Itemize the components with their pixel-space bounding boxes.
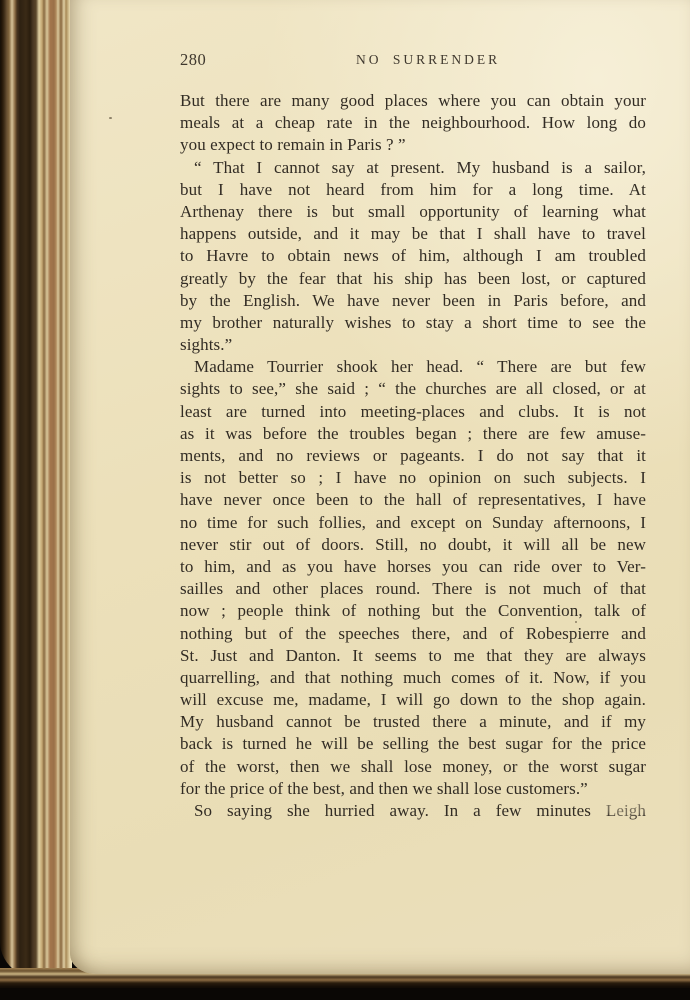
book-page: 280 NO SURRENDER But there are many good… <box>70 0 690 974</box>
text-line: “ That I cannot say at present. My husba… <box>180 157 646 179</box>
text-line: meals at a cheap rate in the neighbourho… <box>180 112 646 134</box>
text-line: But there are many good places where you… <box>180 90 646 112</box>
text-line: never stir out of doors. Still, no doubt… <box>180 534 646 556</box>
text-line: Madame Tourrier shook her head. “ There … <box>180 356 646 378</box>
text-line: you expect to remain in Paris ? ” <box>180 134 646 156</box>
text-line: as it was before the troubles began ; th… <box>180 423 646 445</box>
text-line: So saying she hurried away. In a few min… <box>180 800 646 822</box>
text-line: have never once been to the hall of repr… <box>180 489 646 511</box>
page-number: 280 <box>180 50 206 70</box>
running-title: NO SURRENDER <box>356 52 500 68</box>
text-line: My husband cannot be trusted there a min… <box>180 711 646 733</box>
text-line: back is turned he will be selling the be… <box>180 733 646 755</box>
text-line: sailles and other places round. There is… <box>180 578 646 600</box>
text-line: of the worst, then we shall lose money, … <box>180 756 646 778</box>
text-line: sights.” <box>180 334 646 356</box>
text-line: greatly by the fear that his ship has be… <box>180 268 646 290</box>
text-line: but I have not heard from him for a long… <box>180 179 646 201</box>
ink-speck <box>575 621 577 623</box>
scanned-book-page: 280 NO SURRENDER But there are many good… <box>0 0 690 1000</box>
text-line: St. Just and Danton. It seems to me that… <box>180 645 646 667</box>
text-line: quarrelling, and that nothing much comes… <box>180 667 646 689</box>
text-line: now ; people think of nothing but the Co… <box>180 600 646 622</box>
page-header: 280 NO SURRENDER <box>70 49 690 73</box>
text-line: is not better so ; I have no opinion on … <box>180 467 646 489</box>
text-line: least are turned into meeting-places and… <box>180 401 646 423</box>
book-page-edges-left <box>0 0 72 984</box>
text-line: no time for such follies, and except on … <box>180 512 646 534</box>
text-line: sights to see,” she said ; “ the churche… <box>180 378 646 400</box>
text-line: happens outside, and it may be that I sh… <box>180 223 646 245</box>
text-line: my brother naturally wishes to stay a sh… <box>180 312 646 334</box>
text-line: Arthenay there is but small opportunity … <box>180 201 646 223</box>
text-line: by the English. We have never been in Pa… <box>180 290 646 312</box>
text-line: to Havre to obtain news of him, although… <box>180 245 646 267</box>
text-line: to him, and as you have horses you can r… <box>180 556 646 578</box>
text-line: ments, and no reviews or pageants. I do … <box>180 445 646 467</box>
text-line: nothing but of the speeches there, and o… <box>180 623 646 645</box>
print-fade-smudge <box>602 797 650 817</box>
text-line: for the price of the best, and then we s… <box>180 778 646 800</box>
body-text: But there are many good places where you… <box>180 90 646 822</box>
ink-speck <box>109 117 112 119</box>
text-line: will excuse me, madame, I will go down t… <box>180 689 646 711</box>
